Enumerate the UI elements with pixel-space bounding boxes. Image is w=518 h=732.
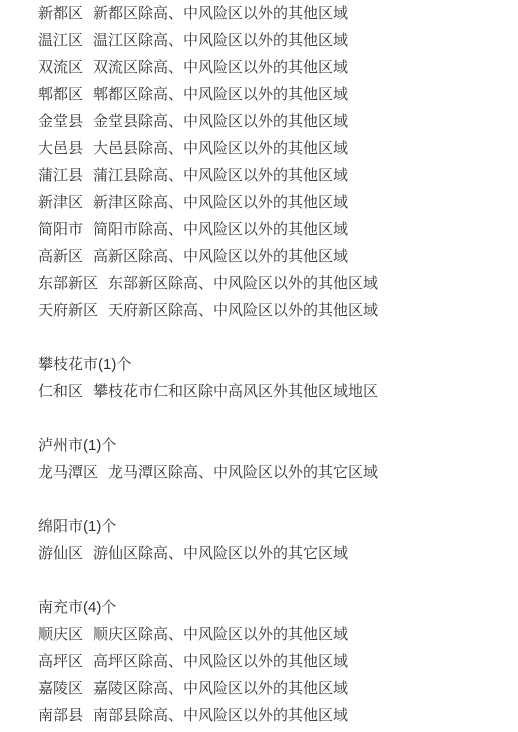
area-description: 南部县除高、中风险区以外的其他区域 [93,702,348,729]
area-description: 新都区除高、中风险区以外的其他区域 [93,0,348,27]
risk-area-row: 新都区新都区除高、中风险区以外的其他区域 [38,0,518,27]
district-name: 仁和区 [38,378,83,405]
section-spacer [38,324,518,351]
area-description: 高坪区除高、中风险区以外的其他区域 [93,648,348,675]
area-description: 龙马潭区除高、中风险区以外的其它区域 [108,459,378,486]
city-header: 泸州市(1)个 [38,432,518,459]
district-name: 南部县 [38,702,83,729]
city-header: 攀枝花市(1)个 [38,351,518,378]
area-description: 嘉陵区除高、中风险区以外的其他区域 [93,675,348,702]
district-name: 新都区 [38,0,83,27]
risk-area-row: 游仙区游仙区除高、中风险区以外的其它区域 [38,540,518,567]
district-name: 大邑县 [38,135,83,162]
district-name: 双流区 [38,54,83,81]
district-name: 顺庆区 [38,621,83,648]
city-header: 南充市(4)个 [38,594,518,621]
area-description: 游仙区除高、中风险区以外的其它区域 [93,540,348,567]
district-name: 东部新区 [38,270,98,297]
risk-area-row: 高坪区高坪区除高、中风险区以外的其他区域 [38,648,518,675]
district-name: 金堂县 [38,108,83,135]
risk-area-row: 郫都区郫都区除高、中风险区以外的其他区域 [38,81,518,108]
district-name: 简阳市 [38,216,83,243]
district-name: 郫都区 [38,81,83,108]
risk-area-list: 新都区新都区除高、中风险区以外的其他区域温江区温江区除高、中风险区以外的其他区域… [0,0,518,729]
area-description: 东部新区除高、中风险区以外的其他区域 [108,270,378,297]
risk-area-row: 龙马潭区龙马潭区除高、中风险区以外的其它区域 [38,459,518,486]
area-description: 简阳市除高、中风险区以外的其他区域 [93,216,348,243]
area-description: 新津区除高、中风险区以外的其他区域 [93,189,348,216]
area-description: 顺庆区除高、中风险区以外的其他区域 [93,621,348,648]
area-description: 大邑县除高、中风险区以外的其他区域 [93,135,348,162]
district-name: 龙马潭区 [38,459,98,486]
area-description: 金堂县除高、中风险区以外的其他区域 [93,108,348,135]
district-name: 新津区 [38,189,83,216]
area-description: 郫都区除高、中风险区以外的其他区域 [93,81,348,108]
risk-area-row: 金堂县金堂县除高、中风险区以外的其他区域 [38,108,518,135]
risk-area-row: 新津区新津区除高、中风险区以外的其他区域 [38,189,518,216]
area-description: 攀枝花市仁和区除中高风区外其他区域地区 [93,378,378,405]
district-name: 高坪区 [38,648,83,675]
risk-area-row: 简阳市简阳市除高、中风险区以外的其他区域 [38,216,518,243]
district-name: 蒲江县 [38,162,83,189]
risk-area-row: 蒲江县蒲江县除高、中风险区以外的其他区域 [38,162,518,189]
risk-area-row: 东部新区东部新区除高、中风险区以外的其他区域 [38,270,518,297]
area-description: 高新区除高、中风险区以外的其他区域 [93,243,348,270]
risk-area-row: 顺庆区顺庆区除高、中风险区以外的其他区域 [38,621,518,648]
area-description: 温江区除高、中风险区以外的其他区域 [93,27,348,54]
risk-area-row: 大邑县大邑县除高、中风险区以外的其他区域 [38,135,518,162]
section-spacer [38,405,518,432]
district-name: 温江区 [38,27,83,54]
area-description: 天府新区除高、中风险区以外的其他区域 [108,297,378,324]
city-header: 绵阳市(1)个 [38,513,518,540]
district-name: 嘉陵区 [38,675,83,702]
area-description: 双流区除高、中风险区以外的其他区域 [93,54,348,81]
district-name: 高新区 [38,243,83,270]
risk-area-row: 南部县南部县除高、中风险区以外的其他区域 [38,702,518,729]
risk-area-row: 仁和区攀枝花市仁和区除中高风区外其他区域地区 [38,378,518,405]
section-spacer [38,567,518,594]
area-description: 蒲江县除高、中风险区以外的其他区域 [93,162,348,189]
risk-area-row: 嘉陵区嘉陵区除高、中风险区以外的其他区域 [38,675,518,702]
district-name: 天府新区 [38,297,98,324]
risk-area-row: 双流区双流区除高、中风险区以外的其他区域 [38,54,518,81]
risk-area-row: 天府新区天府新区除高、中风险区以外的其他区域 [38,297,518,324]
risk-area-row: 高新区高新区除高、中风险区以外的其他区域 [38,243,518,270]
district-name: 游仙区 [38,540,83,567]
section-spacer [38,486,518,513]
risk-area-row: 温江区温江区除高、中风险区以外的其他区域 [38,27,518,54]
